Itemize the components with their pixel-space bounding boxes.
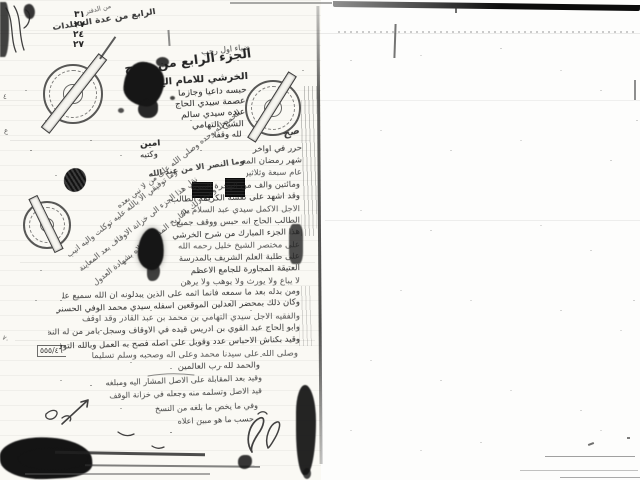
scanned-manuscript: من الدفتر الرابع من عدة المجلدات ٣١ ٢٧ ٢… bbox=[0, 0, 640, 480]
smudge-streak bbox=[25, 473, 210, 475]
stray-pen-mark bbox=[455, 5, 457, 13]
corner-ink-mark bbox=[0, 2, 9, 57]
body-line: عام سبعة وثلاثين bbox=[246, 169, 302, 178]
body-line: على مختصر الشيخ خليل رحمه الله bbox=[164, 241, 300, 251]
shelf-number: ٥٥٥/٤٦ bbox=[37, 345, 66, 357]
scan-streak-bottom bbox=[520, 470, 638, 471]
body-line: حرر في اواخر bbox=[247, 144, 302, 154]
stray-pen-mark bbox=[634, 80, 636, 100]
scan-noise-row bbox=[338, 31, 636, 33]
left-margin-mark: ع bbox=[4, 128, 8, 135]
gutter-shadow bbox=[301, 86, 317, 236]
page-ink-speckles bbox=[0, 0, 2, 1]
ink-blot-speck bbox=[170, 96, 175, 100]
ink-blot-top-lobe bbox=[156, 57, 169, 67]
body-line: لا يباع ولا يورث ولا يوهب ولا يرهن bbox=[160, 277, 300, 287]
scan-streak-line bbox=[325, 220, 640, 221]
scan-streak-bottom bbox=[545, 456, 635, 457]
volume-number: ٣١ bbox=[74, 11, 85, 20]
body-line: شهر رمضان المعظم bbox=[242, 156, 302, 166]
ink-blot-top-lobe bbox=[138, 99, 158, 118]
volume-number: ٢٧ bbox=[73, 41, 84, 50]
title-line: وكتبه bbox=[140, 150, 158, 160]
stray-pen-mark bbox=[393, 24, 396, 58]
volume-number: ٢٤ bbox=[73, 31, 84, 40]
scan-streak-line bbox=[0, 33, 640, 34]
volume-number: ٢٧ bbox=[74, 21, 85, 30]
tiny-mark bbox=[588, 442, 594, 446]
ink-blot-speck bbox=[118, 108, 124, 113]
scan-streak-bottom bbox=[560, 477, 640, 478]
body-line: الاجل الاكمل سيدي عبد السلام بن bbox=[163, 205, 300, 215]
tiny-mark bbox=[627, 437, 630, 439]
title-line: امين bbox=[139, 139, 160, 149]
scan-top-edge-line bbox=[333, 1, 640, 11]
left-margin-mark: ٤ bbox=[3, 94, 7, 101]
gutter-shadow bbox=[299, 286, 313, 346]
scan-top-edge-line-faint bbox=[230, 2, 332, 4]
binding-smudge-drip bbox=[303, 468, 311, 479]
